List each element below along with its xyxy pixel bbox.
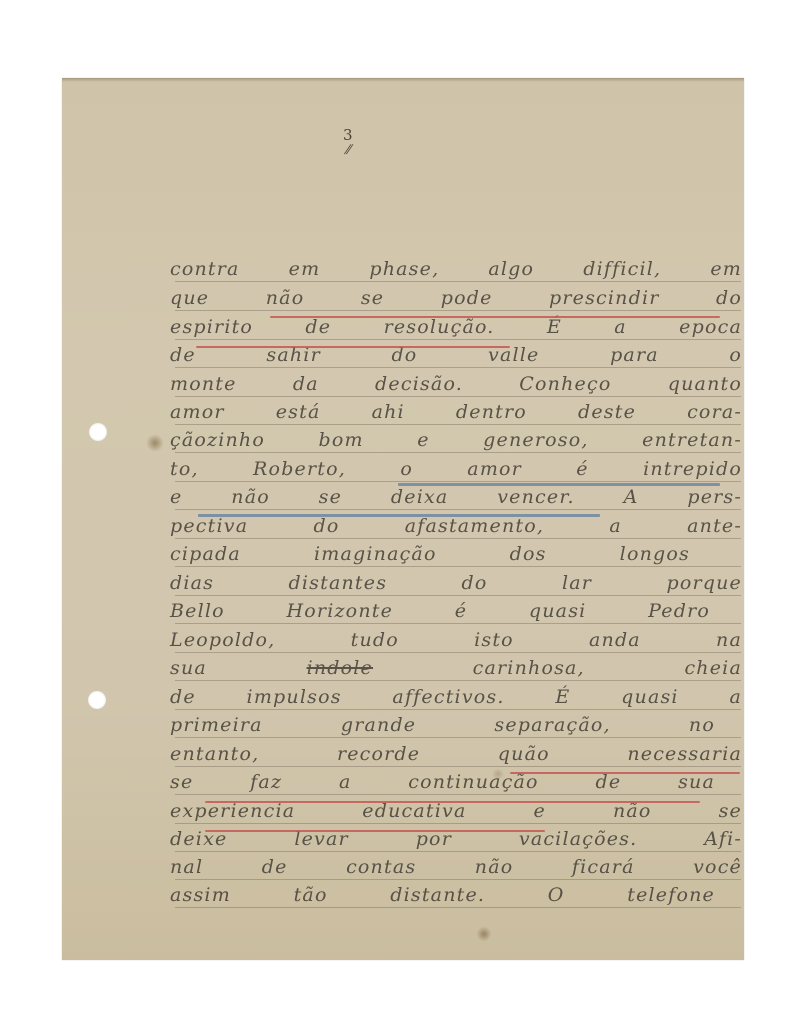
handwritten-line: de impulsos affectivos. É quasi a: [170, 683, 742, 711]
handwritten-line: çãozinho bom e generoso, entretan-: [170, 426, 742, 454]
handwritten-line: Leopoldo, tudo isto anda na: [170, 626, 742, 654]
page-number: 3 //: [343, 128, 353, 156]
handwritten-line: nal de contas não ficará você: [170, 853, 742, 881]
struck-word: indole: [307, 657, 373, 679]
blue-underline: [398, 483, 720, 486]
punch-hole-top: [89, 423, 107, 441]
handwritten-line: amor está ahi dentro deste cora-: [170, 398, 742, 426]
red-underline: [510, 772, 740, 774]
paper-stain: [477, 926, 491, 942]
handwritten-line: que não se pode prescindir do: [170, 284, 742, 312]
handwritten-line: cipada imaginação dos longos: [170, 540, 690, 568]
handwritten-line: assim tão distante. O telefone: [170, 881, 715, 909]
handwritten-line: Bello Horizonte é quasi Pedro: [170, 597, 710, 625]
handwritten-line: sua indole carinhosa, cheia: [170, 654, 742, 682]
manuscript-page: 3 // contra em phase, algo difficil, em …: [62, 78, 744, 960]
punch-hole-bottom: [88, 691, 106, 709]
word: cheia: [684, 657, 742, 679]
red-underline: [205, 801, 700, 803]
handwritten-line: e não se deixa vencer. A pers-: [170, 483, 742, 511]
paper-stain: [146, 434, 164, 452]
handwritten-line: dias distantes do lar porque: [170, 569, 742, 597]
red-underline: [270, 316, 720, 318]
word: sua: [170, 657, 207, 679]
red-underline: [205, 830, 545, 832]
word: carinhosa,: [473, 657, 585, 679]
handwritten-line: entanto, recorde quão necessaria: [170, 740, 742, 768]
handwritten-line: primeira grande separação, no: [170, 711, 715, 739]
handwritten-line: contra em phase, algo difficil, em: [170, 255, 742, 283]
handwritten-line: to, Roberto, o amor é intrepido: [170, 455, 742, 483]
red-underline: [196, 346, 510, 348]
handwritten-line: monte da decisão. Conheço quanto: [170, 370, 742, 398]
page-number-marks: //: [340, 142, 355, 156]
blue-underline: [198, 514, 600, 517]
